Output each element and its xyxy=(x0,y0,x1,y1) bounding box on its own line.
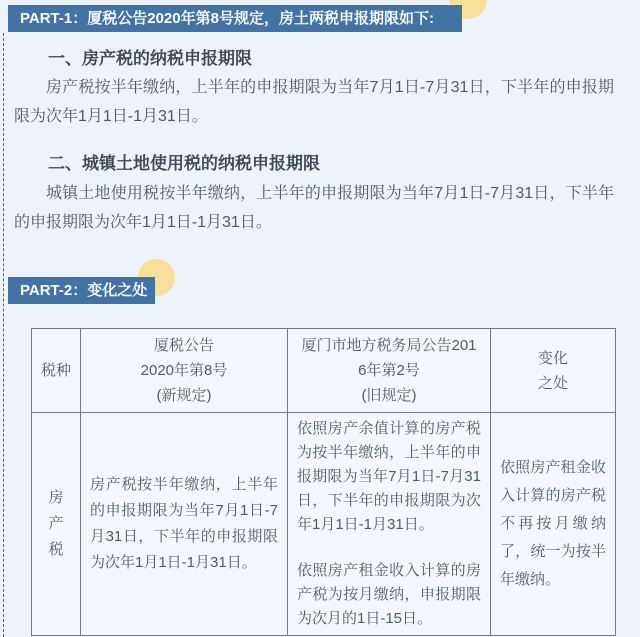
part1-header-bar: PART-1：厦税公告2020年第8号规定，房土两税申报期限如下: xyxy=(8,5,462,32)
column-header-old-rule: 厦门市地方税务局公告201 6年第2号 (旧规定) xyxy=(288,329,491,413)
section2-body: 城镇土地使用税按半年缴纳，上半年的申报期限为当年7月1日-7月31日，下半年的申… xyxy=(14,179,614,237)
cell-tax-type: 房产税 xyxy=(32,413,81,636)
cell-new-rule: 房产税按半年缴纳，上半年的申报期限为当年7月1日-7月31日，下半年的申报期限为… xyxy=(81,413,288,636)
cell-old-rule: 依照房产余值计算的房产税为按半年缴纳，上半年的申报期限为当年7月1日-7月31日… xyxy=(288,413,491,636)
table-row-property-tax: 房产税 房产税按半年缴纳，上半年的申报期限为当年7月1日-7月31日，下半年的申… xyxy=(32,413,616,636)
section1-body: 房产税按半年缴纳，上半年的申报期限为当年7月1日-7月31日，下半年的申报期限为… xyxy=(14,73,614,131)
comparison-table: 税种 厦税公告 2020年第8号 (新规定) 厦门市地方税务局公告201 6年第… xyxy=(31,328,616,636)
column-header-change: 变化 之处 xyxy=(491,329,616,413)
old-rule-paragraph-2: 依照房产租金收入计算的房产税为按月缴纳，申报期限为次月的1日-15日。 xyxy=(297,559,481,631)
column-header-tax-type: 税种 xyxy=(32,329,81,413)
section2-heading: 二、城镇土地使用税的纳税申报期限 xyxy=(14,154,620,174)
column-header-new-rule: 厦税公告 2020年第8号 (新规定) xyxy=(81,329,288,413)
table-header-row: 税种 厦税公告 2020年第8号 (新规定) 厦门市地方税务局公告201 6年第… xyxy=(32,329,616,413)
cell-change: 依照房产租金收入计算的房产税不再按月缴纳了，统一为按半年缴纳。 xyxy=(491,413,616,636)
part2-header-bar: PART-2：变化之处 xyxy=(8,277,155,304)
old-rule-paragraph-1: 依照房产余值计算的房产税为按半年缴纳，上半年的申报期限为当年7月1日-7月31日… xyxy=(297,417,481,537)
document-page: PART-1：厦税公告2020年第8号规定，房土两税申报期限如下: 一、房产税的… xyxy=(0,0,640,637)
left-dashed-border xyxy=(3,33,4,637)
section1-heading: 一、房产税的纳税申报期限 xyxy=(14,49,620,69)
